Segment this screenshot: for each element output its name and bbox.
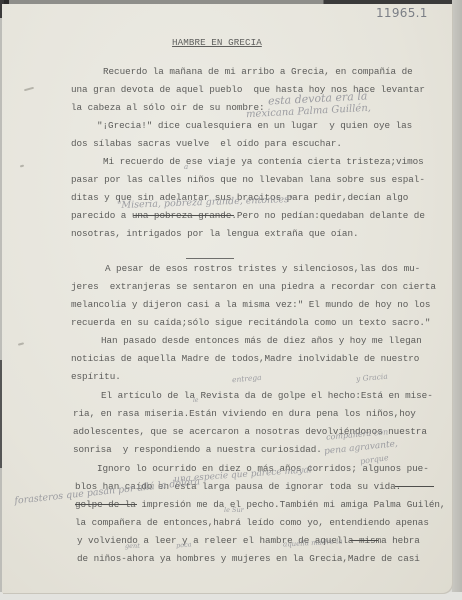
text-line: Mi recuerdo de ese viaje ya contenía cie… bbox=[103, 156, 424, 167]
text-line: Han pasado desde entonces más de diez añ… bbox=[101, 335, 422, 346]
handwritten-note: a bbox=[184, 163, 188, 171]
scan-bottom-border bbox=[0, 592, 462, 600]
text-line: la compañera de entonces,habrá leído com… bbox=[75, 517, 429, 528]
scan-right-border bbox=[452, 0, 462, 600]
text-line: "¡Grecia!" dice cualesquiera en un lugar… bbox=[97, 120, 412, 131]
handwritten-note: le bbox=[193, 397, 198, 404]
text-line: A pesar de esos rostros tristes y silenc… bbox=[105, 263, 420, 274]
text-line: pasar por las calles niños que no llevab… bbox=[71, 174, 425, 185]
document-title: HAMBRE EN GRECIA bbox=[172, 37, 262, 48]
catalog-number: 11965.1 bbox=[376, 6, 428, 20]
text-line: espíritu. bbox=[71, 371, 121, 382]
text-line: de niños-ahora ya hombres y mujeres en l… bbox=[77, 553, 420, 564]
text-line: la cabeza al sólo oir de su nombre: bbox=[71, 102, 265, 113]
text-line: recuerda en su caída;sólo sigue recitánd… bbox=[71, 317, 430, 328]
handwritten-note: gent bbox=[125, 542, 140, 550]
text-line: parecido a una pobreza grande.Pero no pe… bbox=[71, 210, 425, 221]
text-line: melancolía y dijeron casi a la misma vez… bbox=[71, 299, 430, 310]
strikethrough-line bbox=[133, 215, 234, 216]
handwritten-note: poca bbox=[176, 540, 192, 549]
text-line: sonrisa y respondiendo a nuestra curiosi… bbox=[73, 444, 322, 455]
strikethrough-line bbox=[350, 540, 378, 541]
strikethrough-line bbox=[395, 486, 434, 487]
text-line: Recuerdo la mañana de mi arribo a Grecia… bbox=[103, 66, 413, 77]
text-line: nosotras, intrigados por la lengua extra… bbox=[71, 228, 359, 239]
text-line: jeres extranjeras se sentaron en una pie… bbox=[71, 281, 436, 292]
text-line: ria, en rasa miseria.Están viviendo en d… bbox=[73, 408, 416, 419]
strikethrough-line bbox=[75, 504, 137, 505]
text-line: dos sílabas sacras vuelve el oído para e… bbox=[71, 138, 342, 149]
text-line: El artículo de la Revista da de golpe el… bbox=[101, 390, 433, 401]
text-line: una gran devota de aquel pueblo que hast… bbox=[71, 84, 425, 95]
text-line: noticias de aquella Madre de todos,Madre… bbox=[71, 353, 419, 364]
section-divider bbox=[186, 258, 234, 259]
handwritten-note: le Sur bbox=[224, 506, 244, 514]
